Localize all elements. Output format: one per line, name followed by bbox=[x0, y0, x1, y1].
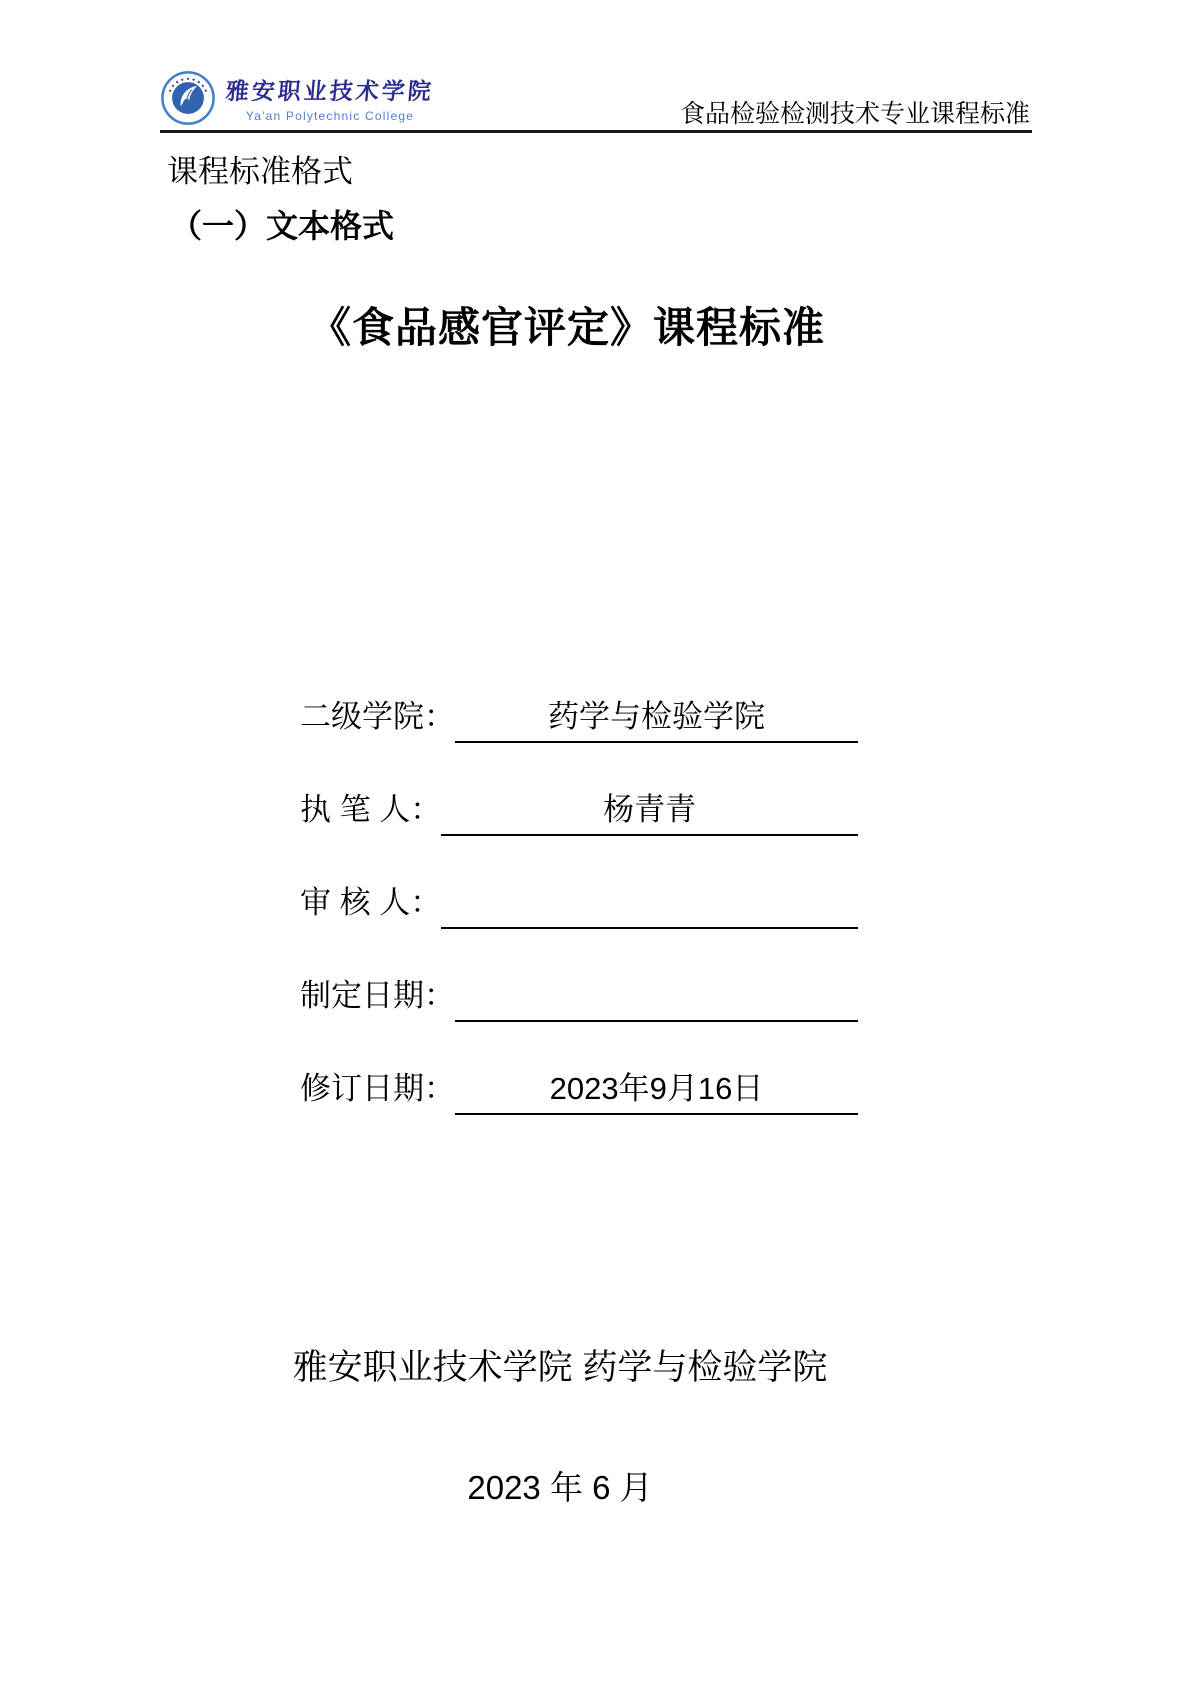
college-emblem-icon bbox=[160, 70, 216, 126]
form-label-reviewer: 审 核 人： bbox=[300, 877, 441, 929]
form-row-college: 二级学院： 药学与检验学院 bbox=[300, 650, 858, 743]
form-value-creation-date bbox=[455, 977, 858, 1022]
form-row-author: 执 笔 人： 杨青青 bbox=[300, 743, 858, 836]
form-value-author: 杨青青 bbox=[441, 784, 858, 836]
header-divider bbox=[160, 130, 1032, 133]
form-value-reviewer bbox=[441, 884, 858, 929]
cover-form: 二级学院： 药学与检验学院 执 笔 人： 杨青青 审 核 人： 制定日期： 修订… bbox=[300, 650, 858, 1115]
form-value-revision-date: 2023年9月16日 bbox=[455, 1063, 858, 1115]
college-name-en: Ya'an Polytechnic College bbox=[226, 109, 434, 123]
footer-date: 2023 年 6 月 bbox=[0, 1462, 1190, 1509]
header-doc-type: 食品检验检测技术专业课程标准 bbox=[680, 94, 1030, 130]
footer-organization: 雅安职业技术学院 药学与检验学院 bbox=[0, 1340, 1190, 1390]
college-name-cn: 雅安职业技术学院 bbox=[225, 73, 436, 106]
form-row-revision-date: 修订日期： 2023年9月16日 bbox=[300, 1022, 858, 1115]
college-logo: 雅安职业技术学院 Ya'an Polytechnic College bbox=[160, 70, 434, 126]
form-value-college: 药学与检验学院 bbox=[455, 691, 858, 743]
form-label-revision-date: 修订日期： bbox=[300, 1063, 455, 1115]
subsection-label: （一）文本格式 bbox=[170, 201, 394, 247]
section-label: 课程标准格式 bbox=[167, 146, 353, 191]
form-label-college: 二级学院： bbox=[300, 691, 455, 743]
form-label-creation-date: 制定日期： bbox=[300, 970, 455, 1022]
college-logo-text: 雅安职业技术学院 Ya'an Polytechnic College bbox=[226, 73, 434, 123]
form-label-author: 执 笔 人： bbox=[300, 784, 441, 836]
document-page: 雅安职业技术学院 Ya'an Polytechnic College 食品检验检… bbox=[0, 0, 1190, 1683]
document-title: 《食品感官评定》课程标准 bbox=[0, 295, 1190, 355]
form-row-reviewer: 审 核 人： bbox=[300, 836, 858, 929]
form-row-creation-date: 制定日期： bbox=[300, 929, 858, 1022]
